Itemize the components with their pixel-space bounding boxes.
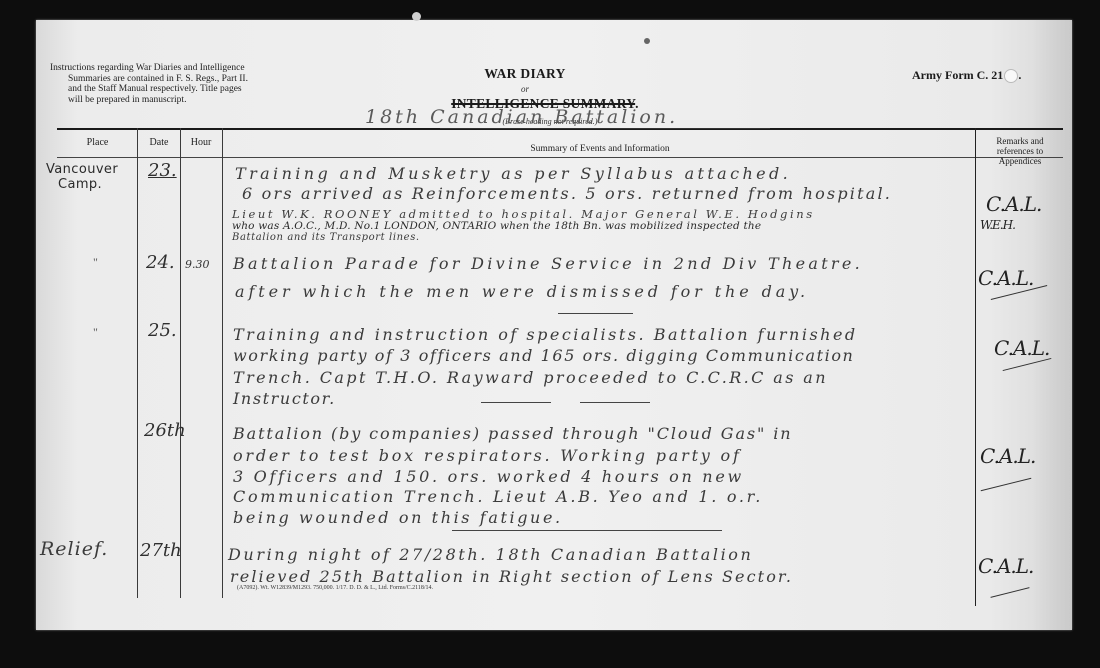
punch-mark	[412, 12, 421, 21]
entry-place: Relief.	[40, 538, 108, 560]
instructions-line: Instructions regarding War Diaries and I…	[50, 63, 280, 74]
entry-line: Battalion and its Transport lines.	[232, 232, 420, 243]
col-divider-date-hour	[180, 128, 181, 598]
entry-separator-line	[580, 402, 650, 403]
entry-line: Battalion Parade for Divine Service in 2…	[233, 254, 863, 273]
column-header-place: Place	[60, 137, 135, 148]
column-header-remarks: Remarks and references to Appendices	[976, 136, 1064, 166]
document-title: WAR DIARY	[440, 66, 610, 82]
entry-line: Battalion (by companies) passed through …	[233, 424, 792, 443]
remarks-initials: W.E.H.	[980, 218, 1015, 232]
entry-line: Communication Trench. Lieut A.B. Yeo and…	[233, 487, 763, 506]
entry-line: 6 ors arrived as Reinforcements. 5 ors. …	[242, 184, 892, 203]
column-header-summary: Summary of Events and Information	[380, 144, 820, 154]
unit-underline	[440, 128, 770, 129]
entry-place: Vancouver Camp.	[46, 162, 118, 192]
entry-date: 23.	[148, 160, 177, 181]
army-form-label: Army Form C. 21	[912, 68, 1003, 82]
entry-line: Lieut W.K. ROONEY admitted to hospital. …	[232, 207, 815, 221]
punch-hole-icon	[1004, 69, 1018, 83]
entry-line: During night of 27/28th. 18th Canadian B…	[228, 545, 753, 564]
entry-line: being wounded on this fatigue.	[233, 508, 563, 527]
printer-imprint: (A7092). Wt. W12839/M1293. 750,000. 1/17…	[237, 585, 433, 591]
unit-name-handwritten: 18th Canadian Battalion.	[365, 106, 678, 128]
remarks-initials: C.A.L.	[978, 554, 1033, 578]
underline-on-this-fatigue	[452, 530, 722, 531]
entry-hour: 9.30	[185, 258, 210, 271]
instructions-text: Instructions regarding War Diaries and I…	[50, 63, 280, 105]
entry-separator-line	[558, 313, 633, 314]
entry-line: Training and Musketry as per Syllabus at…	[235, 164, 791, 183]
header-bottom-rule	[57, 157, 1063, 158]
remarks-header-line: Appendices	[976, 156, 1064, 166]
entry-line: after which the men were dismissed for t…	[235, 282, 809, 301]
place-line: Camp.	[46, 177, 118, 192]
entry-date: 24.	[146, 252, 175, 273]
entry-separator-line	[481, 402, 551, 403]
instructions-line: will be prepared in manuscript.	[50, 95, 280, 106]
entry-line: relieved 25th Battalion in Right section…	[230, 567, 793, 586]
ditto-mark: "	[93, 255, 98, 270]
column-header-date: Date	[138, 137, 180, 148]
ditto-mark: "	[93, 325, 98, 340]
instructions-line: and the Staff Manual respectively. Title…	[50, 84, 280, 95]
entry-line: Training and instruction of specialists.…	[233, 325, 858, 344]
remarks-initials: C.A.L.	[980, 444, 1035, 468]
entry-line: order to test box respirators. Working p…	[233, 446, 742, 465]
title-or: or	[440, 84, 610, 94]
entry-date: 25.	[148, 320, 177, 341]
entry-line: who was A.O.C., M.D. No.1 LONDON, ONTARI…	[232, 220, 761, 232]
remarks-initials: C.A.L.	[994, 336, 1049, 360]
remarks-initials: C.A.L.	[978, 266, 1033, 290]
col-divider-hour-summary	[222, 128, 223, 598]
entry-line: Trench. Capt T.H.O. Rayward proceeded to…	[233, 368, 828, 387]
remarks-header-line: Remarks and	[976, 136, 1064, 146]
column-header-hour: Hour	[181, 137, 221, 148]
entry-line: 3 Officers and 150. ors. worked 4 hours …	[233, 467, 744, 486]
entry-line: working party of 3 officers and 165 ors.…	[233, 346, 854, 365]
place-line: Vancouver	[46, 162, 118, 177]
col-divider-place-date	[137, 128, 138, 598]
army-form-number: Army Form C. 21.	[912, 68, 1021, 83]
entry-date: 26th	[144, 420, 186, 441]
instructions-line: Summaries are contained in F. S. Regs., …	[50, 74, 280, 85]
remarks-initials: C.A.L.	[986, 192, 1041, 216]
entry-date: 27th	[140, 540, 182, 561]
entry-line: Instructor.	[233, 389, 336, 408]
remarks-header-line: references to	[976, 146, 1064, 156]
col-divider-summary-remarks	[975, 128, 976, 606]
punch-mark	[644, 38, 650, 44]
